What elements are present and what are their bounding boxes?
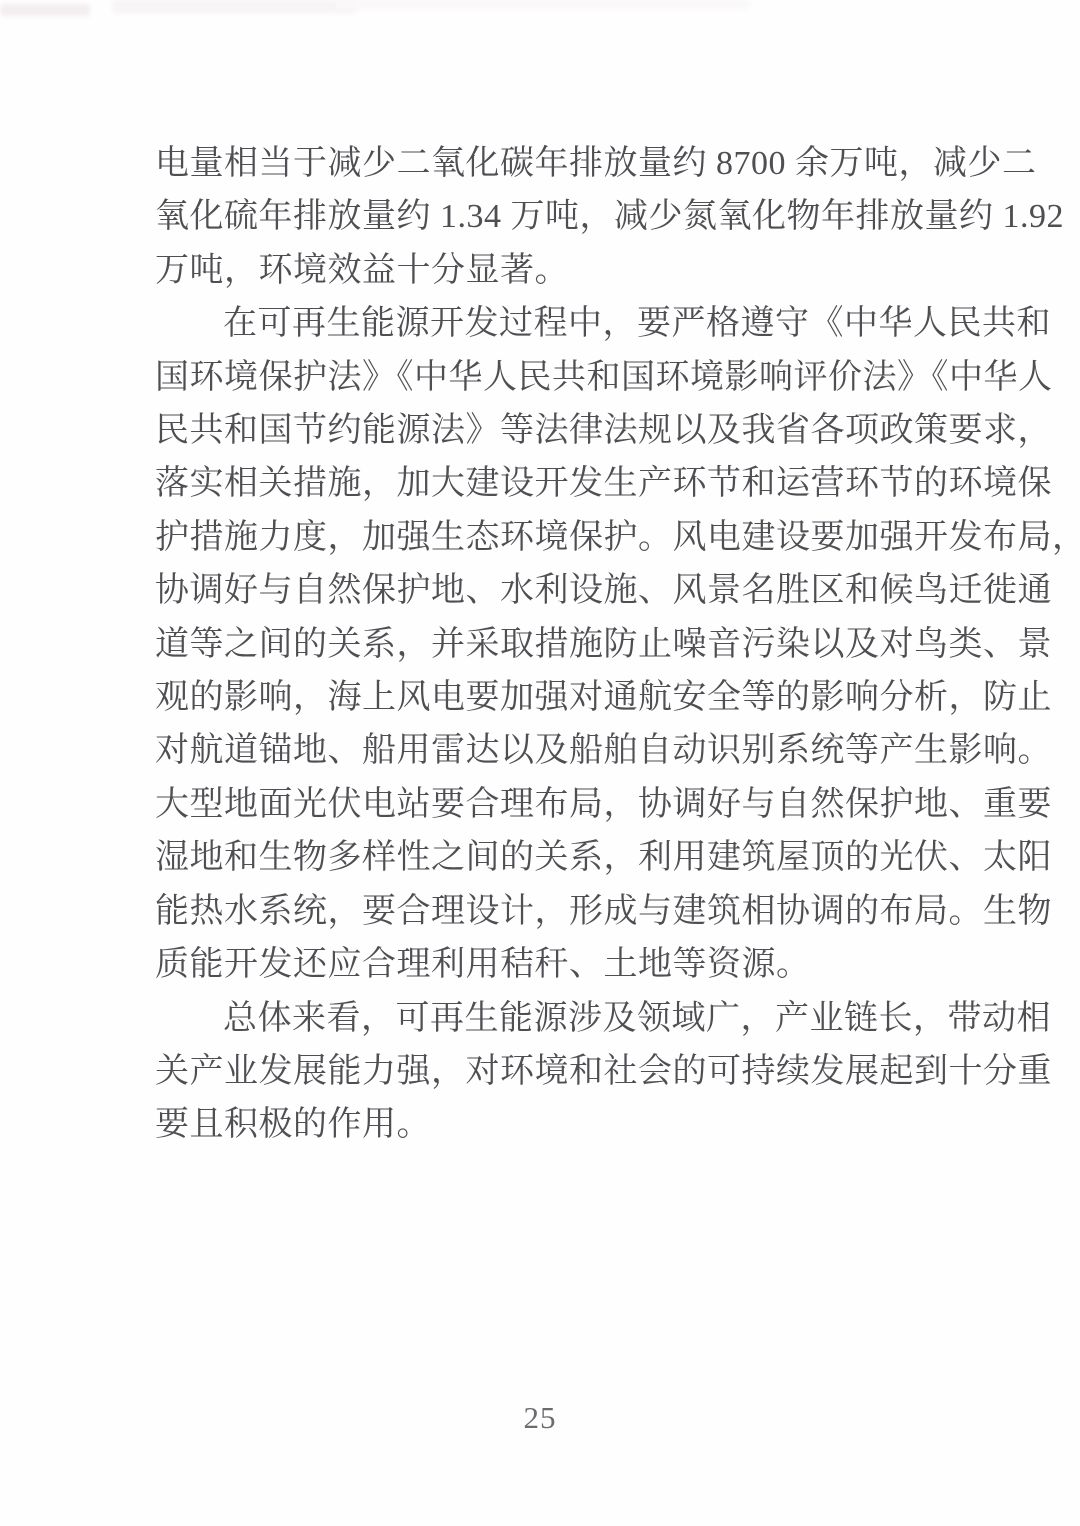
paragraph-line: 落实相关措施，加大建设开发生产环节和运营环节的环境保 (155, 457, 907, 510)
paragraph-line: 国环境保护法》《中华人民共和国环境影响评价法》《中华人 (155, 351, 907, 404)
paragraph-line: 民共和国节约能源法》等法律法规以及我省各项政策要求， (155, 404, 907, 457)
paragraph-line: 能热水系统，要合理设计，形成与建筑相协调的布局。生物 (155, 885, 907, 938)
paragraph-line: 氧化硫年排放量约 1.34 万吨，减少氮氧化物年排放量约 1.92 (155, 190, 907, 243)
page-number: 25 (0, 1400, 1080, 1436)
scan-artifact-smudge (335, 0, 750, 9)
scan-artifact-smudge (0, 4, 90, 16)
paragraph-line: 观的影响，海上风电要加强对通航安全等的影响分析，防止 (155, 671, 907, 724)
paragraph-line: 护措施力度，加强生态环境保护。风电建设要加强开发布局， (155, 511, 907, 564)
paragraph-line: 质能开发还应合理利用秸秆、土地等资源。 (155, 938, 907, 991)
body-text: 电量相当于减少二氧化碳年排放量约 8700 余万吨，减少二 氧化硫年排放量约 1… (155, 137, 907, 1152)
paragraph-line: 万吨，环境效益十分显著。 (155, 244, 907, 297)
scan-artifact-smudge (112, 0, 357, 13)
paragraph-line: 协调好与自然保护地、水利设施、风景名胜区和候鸟迁徙通 (155, 564, 907, 617)
paragraph-line: 总体来看，可再生能源涉及领域广，产业链长，带动相 (155, 992, 907, 1045)
paragraph-line: 道等之间的关系，并采取措施防止噪音污染以及对鸟类、景 (155, 618, 907, 671)
paragraph-line: 对航道锚地、船用雷达以及船舶自动识别系统等产生影响。 (155, 724, 907, 777)
paragraph-line: 在可再生能源开发过程中，要严格遵守《中华人民共和 (155, 297, 907, 350)
paragraph-line: 电量相当于减少二氧化碳年排放量约 8700 余万吨，减少二 (155, 137, 907, 190)
paragraph-line: 关产业发展能力强，对环境和社会的可持续发展起到十分重 (155, 1045, 907, 1098)
paragraph-line: 湿地和生物多样性之间的关系，利用建筑屋顶的光伏、太阳 (155, 831, 907, 884)
paragraph-line: 大型地面光伏电站要合理布局，协调好与自然保护地、重要 (155, 778, 907, 831)
document-page: 电量相当于减少二氧化碳年排放量约 8700 余万吨，减少二 氧化硫年排放量约 1… (0, 0, 1080, 1526)
paragraph-line: 要且积极的作用。 (155, 1098, 907, 1151)
